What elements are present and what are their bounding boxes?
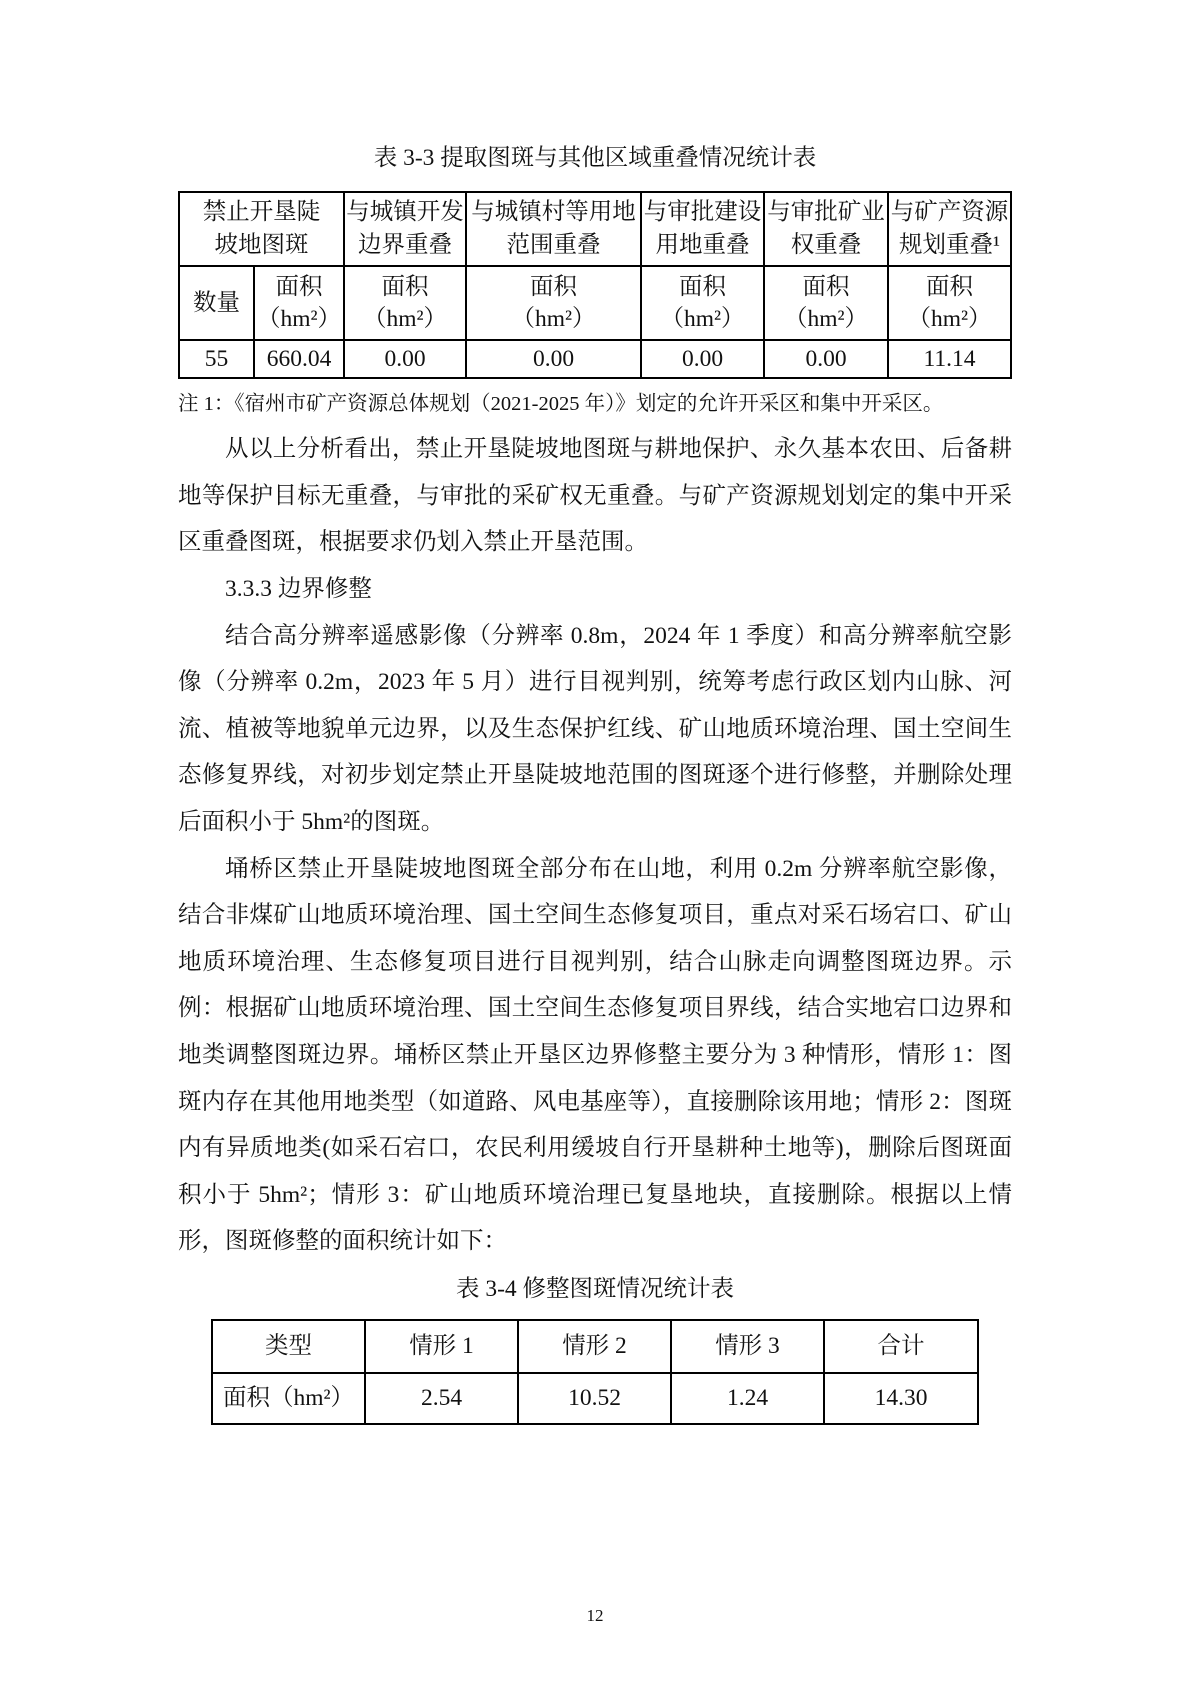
table-note: 注 1：《宿州市矿产资源总体规划（2021-2025 年）》划定的允许开采区和集… xyxy=(178,392,1012,416)
value-cell: 10.52 xyxy=(518,1373,671,1424)
table-row: 面积（hm²） 2.54 10.52 1.24 14.30 xyxy=(212,1373,978,1424)
column-header-cell: 面积 （hm²） xyxy=(254,266,344,340)
value-cell: 0.00 xyxy=(641,340,764,378)
column-header-cell: 与审批建设 用地重叠 xyxy=(641,192,764,266)
column-header-cell: 情形 1 xyxy=(365,1320,518,1373)
page-number: 12 xyxy=(0,1606,1190,1626)
value-cell: 0.00 xyxy=(466,340,641,378)
column-header-cell: 情形 2 xyxy=(518,1320,671,1373)
table-row: 类型 情形 1 情形 2 情形 3 合计 xyxy=(212,1320,978,1373)
column-header-cell: 面积 （hm²） xyxy=(466,266,641,340)
page-content: 表 3-3 提取图斑与其他区域重叠情况统计表 禁止开垦陡 坡地图斑 与城镇开发 … xyxy=(178,0,1012,1425)
column-header-cell: 与矿产资源 规划重叠¹ xyxy=(888,192,1011,266)
column-header-cell: 面积 （hm²） xyxy=(764,266,888,340)
value-cell: 11.14 xyxy=(888,340,1011,378)
column-header-cell: 面积 （hm²） xyxy=(888,266,1011,340)
section-heading: 3.3.3 边界修整 xyxy=(178,566,1012,613)
column-header-cell: 与城镇开发 边界重叠 xyxy=(344,192,466,266)
column-header-cell: 面积 （hm²） xyxy=(641,266,764,340)
table-3-3: 禁止开垦陡 坡地图斑 与城镇开发 边界重叠 与城镇村等用地 范围重叠 与审批建设… xyxy=(178,191,1012,379)
paragraph: 结合高分辨率遥感影像（分辨率 0.8m，2024 年 1 季度）和高分辨率航空影… xyxy=(178,613,1012,846)
paragraph: 从以上分析看出，禁止开垦陡坡地图斑与耕地保护、永久基本农田、后备耕地等保护目标无… xyxy=(178,426,1012,566)
column-header-cell: 类型 xyxy=(212,1320,365,1373)
row-header-cell: 面积（hm²） xyxy=(212,1373,365,1424)
table-3-4-title: 表 3-4 修整图斑情况统计表 xyxy=(178,1266,1012,1313)
column-header-cell: 与城镇村等用地 范围重叠 xyxy=(466,192,641,266)
table-row: 数量 面积 （hm²） 面积 （hm²） 面积 （hm²） 面积 （hm²） 面… xyxy=(179,266,1011,340)
value-cell: 660.04 xyxy=(254,340,344,378)
table-row: 禁止开垦陡 坡地图斑 与城镇开发 边界重叠 与城镇村等用地 范围重叠 与审批建设… xyxy=(179,192,1011,266)
column-header-cell: 数量 xyxy=(179,266,254,340)
column-header-cell: 面积 （hm²） xyxy=(344,266,466,340)
value-cell: 14.30 xyxy=(824,1373,978,1424)
table-3-3-title: 表 3-3 提取图斑与其他区域重叠情况统计表 xyxy=(178,146,1012,171)
value-cell: 0.00 xyxy=(344,340,466,378)
column-header-cell: 合计 xyxy=(824,1320,978,1373)
column-header-cell: 情形 3 xyxy=(671,1320,824,1373)
value-cell: 55 xyxy=(179,340,254,378)
value-cell: 1.24 xyxy=(671,1373,824,1424)
document-page: 表 3-3 提取图斑与其他区域重叠情况统计表 禁止开垦陡 坡地图斑 与城镇开发 … xyxy=(0,0,1190,1683)
value-cell: 0.00 xyxy=(764,340,888,378)
column-header-cell: 与审批矿业 权重叠 xyxy=(764,192,888,266)
column-header-cell: 禁止开垦陡 坡地图斑 xyxy=(179,192,344,266)
table-row: 55 660.04 0.00 0.00 0.00 0.00 11.14 xyxy=(179,340,1011,378)
paragraph: 埇桥区禁止开垦陡坡地图斑全部分布在山地，利用 0.2m 分辨率航空影像，结合非煤… xyxy=(178,846,1012,1266)
value-cell: 2.54 xyxy=(365,1373,518,1424)
table-3-4: 类型 情形 1 情形 2 情形 3 合计 面积（hm²） 2.54 10.52 … xyxy=(211,1319,979,1425)
